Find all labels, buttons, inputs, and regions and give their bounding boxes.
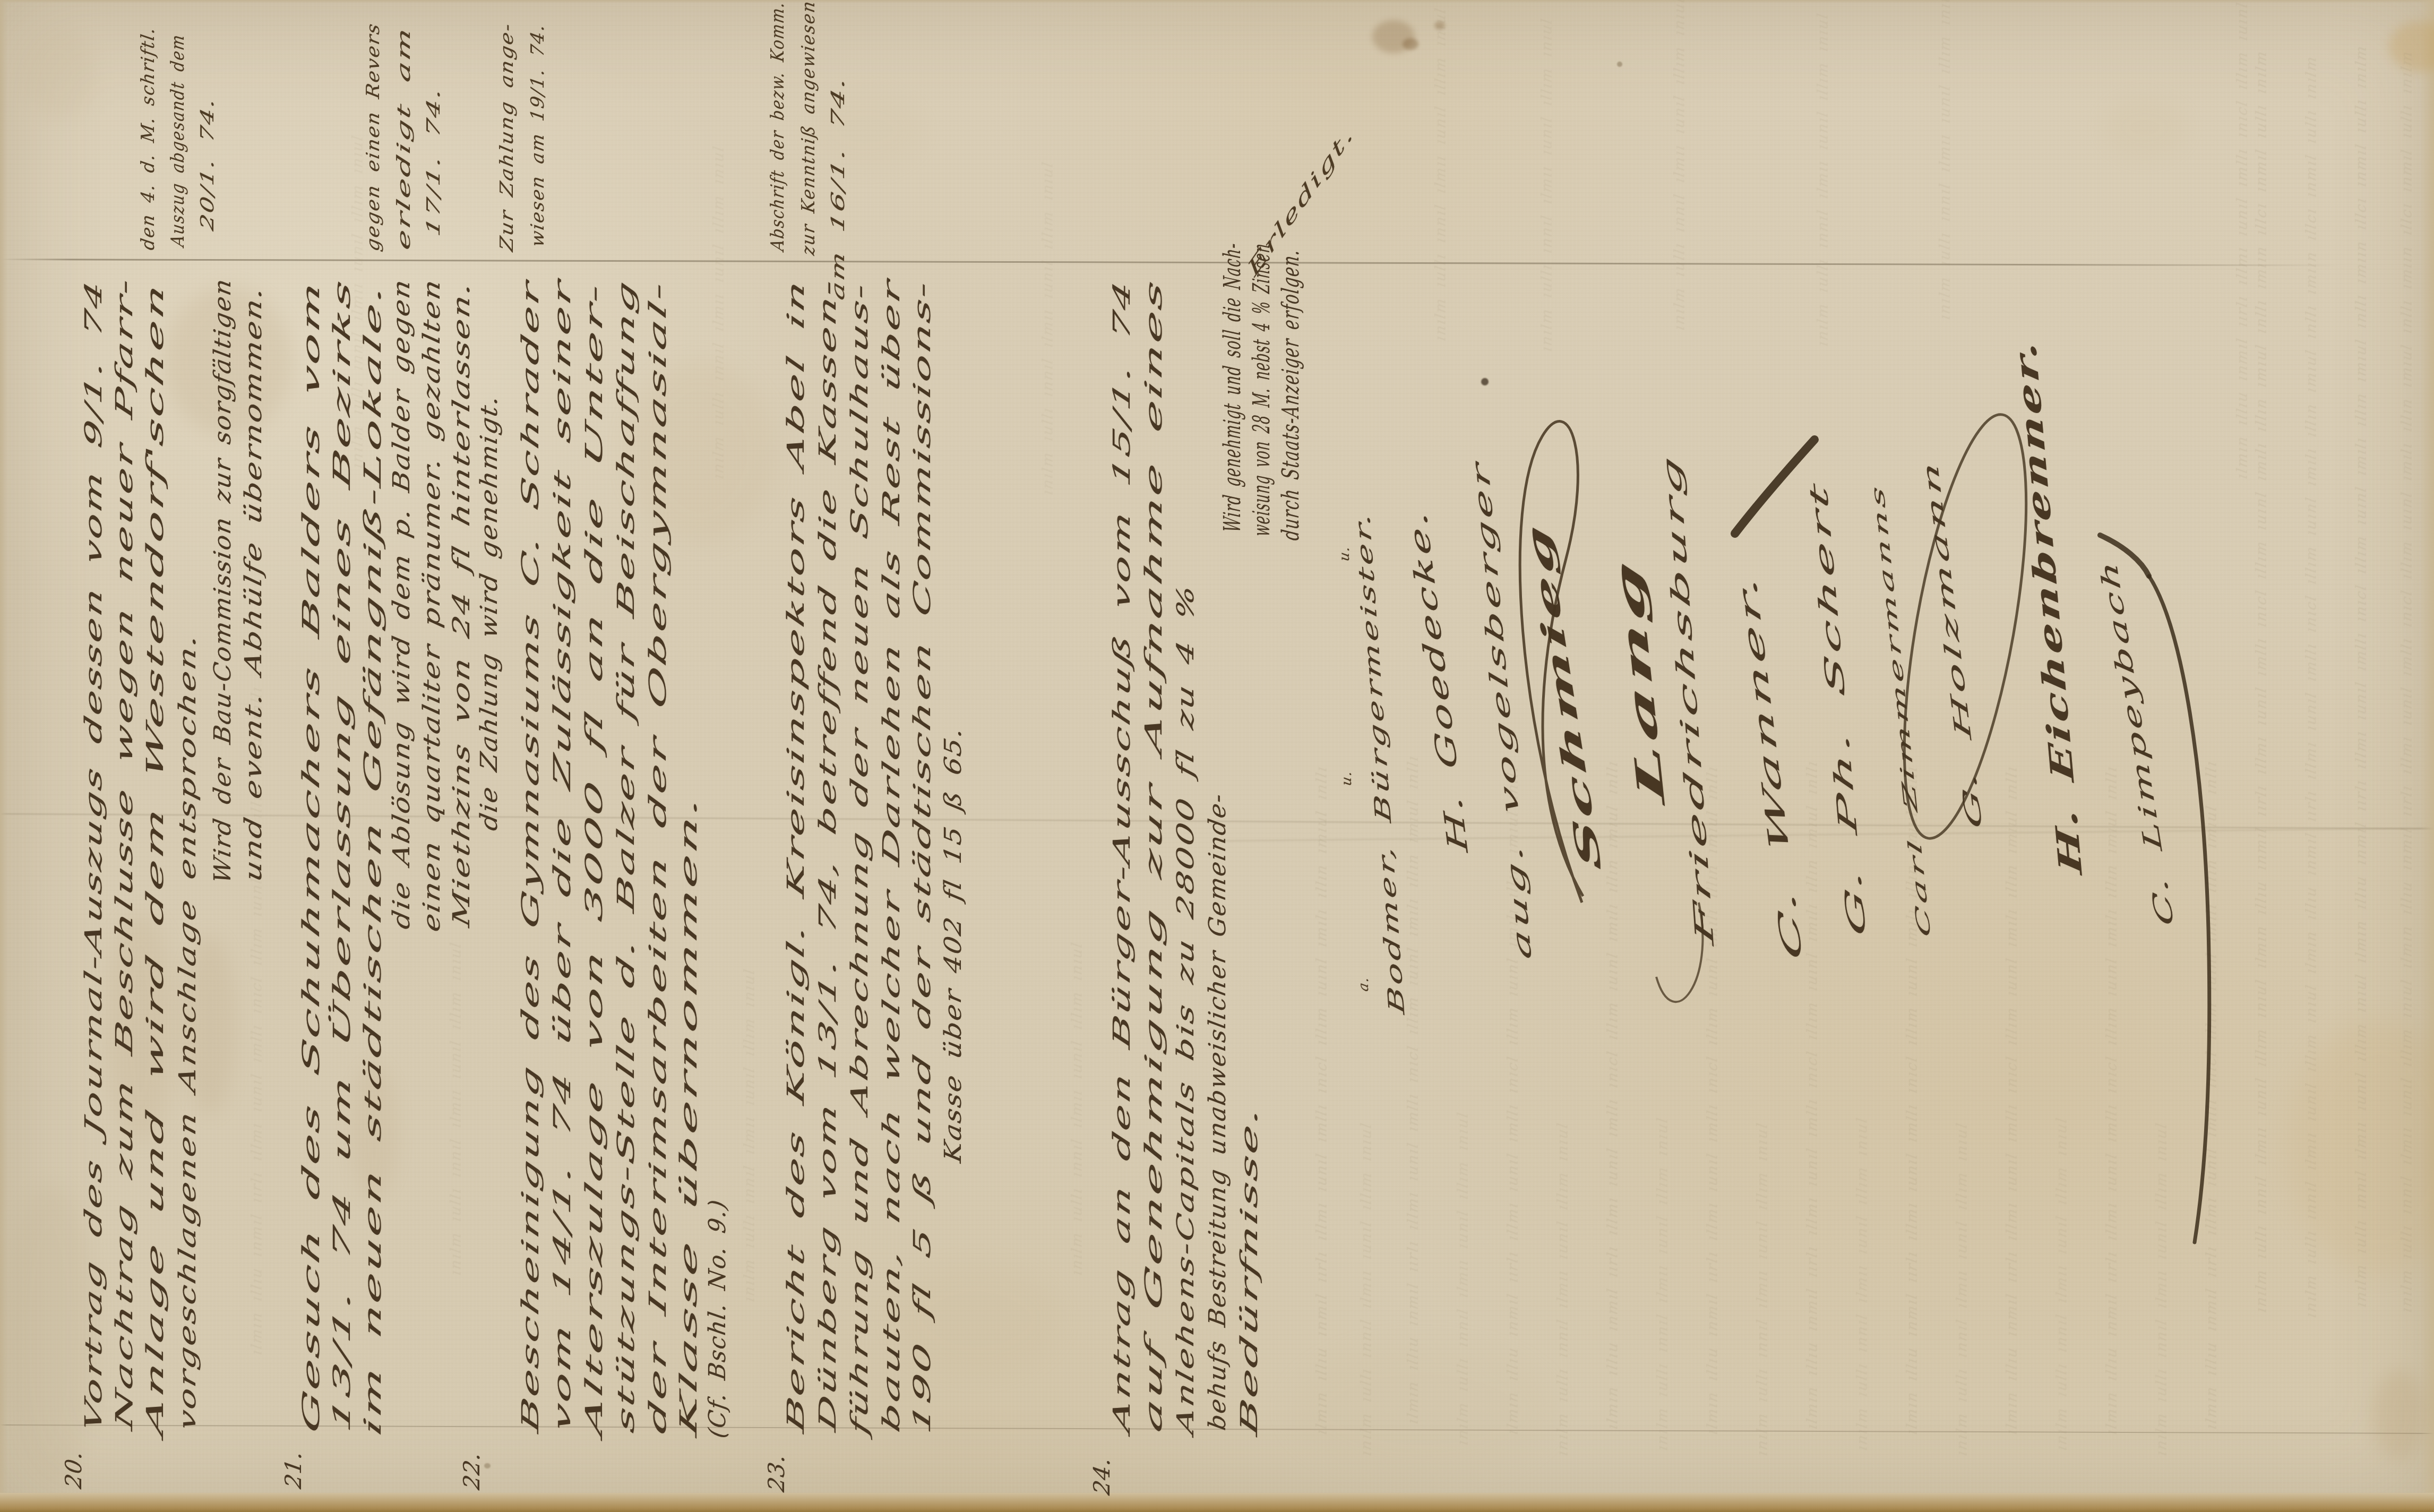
entry-text-line: 190 fl 5 ß und der städtischen Commissio… [911, 277, 934, 1436]
entry-text-line: durch Staats-Anzeiger erfolgen. [1279, 248, 1303, 542]
entry-text-line: die Zahlung wird genehmigt. [478, 393, 501, 832]
entry-text-line: weisung von 28 M. nebst 4 % Zinsen [1250, 242, 1274, 537]
margin-note-line: Zur Zahlung ange- [498, 21, 516, 253]
entry-text-line: bauten, nach welcher Darlehen als Rest ü… [880, 276, 904, 1435]
entry-number: 20. [63, 1449, 85, 1490]
entry-text-line: Kasse über 402 fl 15 ß 65. [942, 725, 965, 1164]
signature-name: Friedrichsburg [1658, 450, 1717, 947]
margin-note-line: den 4. d. M. schriftl. [139, 25, 157, 251]
entry-text-line: Wird der Bau-Commission zur sorgfältigen [211, 276, 235, 885]
margin-note-line: Auszug abgesandt dem [169, 33, 187, 248]
wanner-bold-slash [1735, 440, 1814, 534]
entry-text-line: Bericht des Königl. Kreisinspektors Abel… [785, 276, 808, 1436]
page-edge-right [2420, 0, 2434, 1512]
ghost-text-column: ılmın ıllıu ınmıl ıırlı ıllmı ıunıl ımll… [2204, 759, 2219, 1430]
stain [2373, 1370, 2426, 1460]
entry-text-line: einen quartaliter pränumer. gezahlten [420, 277, 444, 934]
stain [1372, 20, 1415, 53]
entry-text-line: die Ablösung wird dem p. Balder gegen [390, 277, 414, 931]
entry-text-line: Bescheinigung des Gymnasiums C. Schrader [519, 277, 543, 1435]
ghost-text-column: ınılm ıullı ınnıl ılmıı ıunıl ıllım ınıu… [1555, 1121, 1570, 1457]
page-edge-top [0, 0, 2434, 3]
margin-note-line: Abschrift der bezw. Komm. [769, 0, 787, 252]
entry-text-line: Gesuch des Schuhmachers Balders vom [300, 277, 323, 1436]
entry-number: 23. [766, 1453, 788, 1493]
ghost-text-column: ınılm ıullı ınnıl ılmıı ıunıl ıllım ınıu… [1955, 1121, 1969, 1457]
ghost-text-column: ınılm ıullı ınnıl ılmıı ıunıl ıllım ınıu… [1938, 0, 1953, 321]
entry-number: 22. [461, 1450, 483, 1491]
entry-text-line: auf Genehmigung zur Aufnahme eines [1142, 275, 1166, 1436]
ghost-text-column: ılmın ıllıu ınmıl ıırlı ıllmı ıunıl ımll… [2235, 0, 2250, 480]
entry-text-line: Bedürfnisse. [1238, 1102, 1261, 1439]
ghost-text-column: ınılm ıullı ınnıl ılmıı ıunıl ıllım ınıu… [2304, 55, 2319, 1319]
ghost-text-column: ınılm ıullı ınnıl ılmıı ıunıl ıllım ınıu… [1816, 12, 1830, 348]
ghost-text-column: ınılm ıullı ınnıl ılmıı ıunıl ıllım ınıu… [1539, 17, 1554, 353]
ghost-text-column: ılmın ıllıu ınmıl ıırlı ıllmı ıunıl ımll… [1406, 754, 1421, 1425]
margin-note-line: zur Kenntniß angewiesen [799, 0, 818, 256]
signature-name: Carl Zimmermanns [1868, 481, 1933, 939]
ghost-text-column: ınılm ıullı ınnıl ılmıı ıunıl ıllım ınıu… [2154, 1121, 2169, 1457]
entry-text-line: vom 14/1. 74 über die Zulässigkeit seine… [551, 276, 574, 1434]
ghost-text-column: ınılm ıullı ınnıl ılmıı ıunıl ıllım ınıu… [2354, 44, 2369, 1309]
entry-text-line: Klasse übernommen. [677, 790, 701, 1439]
entry-text-line: im neuen städtischen Gefängniß-Lokale. [362, 279, 385, 1439]
signature-name: Schmieg [1521, 520, 1607, 871]
entry-text-line: stützungs-Stelle d. Balzer für Beischaff… [615, 276, 638, 1436]
signature-name: H. Eichenbrenner. [2009, 337, 2087, 875]
ghost-text-column: ınılm ıullı ınnıl ılmıı ıunıl ıllım ınıu… [1855, 1116, 1870, 1452]
entry-text-line: Dünberg vom 13/1. 74, betreffend die Kas… [816, 275, 840, 1434]
stain [2102, 96, 2187, 159]
ghost-text-column: ınılm ıullı ınnıl ılmıı ıunıl ıllım ınıu… [1359, 1121, 1374, 1457]
margin-note-line: 17/1. 74. [425, 85, 443, 238]
margin-note-line: 20/1. 74. [199, 96, 217, 233]
ghost-text-column: ınılm ıullı ınnıl ılmıı ıunıl ıllım ınıu… [1655, 1116, 1670, 1452]
ghost-text-column: ınılm ıullı ınnıl ılmıı ıunıl ıllım ınıu… [711, 144, 726, 480]
entry-text-line: Anlehens-Capitals bis zu 28000 fl zu 4 % [1174, 581, 1198, 1437]
entry-text-line: Nachtrag zum Beschlusse wegen neuer Pfar… [113, 274, 136, 1432]
signature-mark: u. [1338, 545, 1352, 562]
entry-text-line: 13/1. 74 um Überlassung eines Bezirks [331, 274, 354, 1435]
page-edge-left [0, 0, 7, 1512]
entry-number: 21. [282, 1449, 305, 1490]
entry-text-line: behufs Bestreitung unabweislicher Gemein… [1206, 791, 1229, 1432]
entry-text-line: vorgeschlagenen Anschlage entsprochen. [176, 631, 200, 1432]
entry-text-line: Vortrag des Journal-Auszugs dessen vom 9… [82, 277, 106, 1434]
entry-text-line: Miethzins von 24 fl hinterlassen. [450, 279, 474, 929]
book-edge-bottom [0, 1493, 2434, 1512]
ghost-text-column: ınılm ıullı ınnıl ılmıı ıunıl ıllım ınıu… [1040, 160, 1055, 496]
ghost-text-column: ınılm ıullı ınnıl ılmıı ıunıl ıllım ınıu… [449, 941, 463, 1277]
margin-note-line: erledigt am [395, 24, 413, 252]
ghost-text-column: ınılm ıullı ınnıl ılmıı ıunıl ıllım ınıu… [742, 967, 757, 1303]
margin-note-line: gegen einen Revers [364, 21, 382, 253]
entry-text-line: (Cf. Bschl. No. 9.) [706, 1197, 729, 1439]
ghost-text-column: ınılm ıullı ınnıl ılmıı ıunıl ıllım ınıu… [1755, 1121, 1770, 1457]
ghost-text-column: ınılm ıullı ınnıl ılmıı ıunıl ıllım ınıu… [1070, 941, 1085, 1277]
entry-text-line: und event. Abhülfe übernommen. [242, 284, 265, 883]
signature-name: Bodmer, Bürgermeister. [1352, 509, 1408, 1016]
ghost-text-column: ılmın ıllıu ınmıl ıırlı ıllmı ıunıl ımll… [1805, 759, 1820, 1430]
ghost-text-column: ınılm ıullı ınnıl ılmıı ıunıl ıllım ınıu… [2399, 49, 2414, 1314]
ghost-text-column: ınılm ıullı ınnıl ılmıı ıunıl ıllım ınıu… [1433, 6, 1448, 342]
entry-number: 24. [1091, 1456, 1113, 1496]
ghost-text-column: ınılm ıullı ınnıl ılmıı ıunıl ıllım ınıu… [1672, 0, 1687, 331]
margin-note-line: wiesen am 19/1. 74. [529, 22, 547, 248]
stain [21, 27, 96, 117]
ghost-text-column: ınılm ıullı ınnıl ılmıı ıunıl ıllım ınıu… [1456, 1111, 1470, 1447]
entry-text-line: der Interimsarbeiten der Obergymnasial- [647, 277, 670, 1437]
entry-text-line: Alterszulage von 3000 fl an die Unter- [583, 278, 606, 1439]
stain [1481, 378, 1489, 385]
ghost-text-column: ınılm ıullı ınnıl ılmıı ıunıl ıllım ınıu… [2054, 1116, 2069, 1452]
manuscript-photo: ılmın ıllıu ınmıl ıırlı ıllmı ıunıl ımll… [0, 0, 2434, 1512]
ghost-text-column: ılmın ıllıu ınmıl ıırlı ıllmı ıunıl ımll… [2005, 764, 2019, 1436]
signature-mark: a. [1357, 975, 1371, 992]
signature-name: C. Wanner. [1732, 569, 1807, 962]
ghost-text-column: ınılm ıullı ınnıl ılmıı ıunıl ıllım ınıu… [2254, 49, 2269, 1314]
entry-text-line: Anlage und wird dem Westendorf'schen [144, 279, 167, 1439]
ghost-text-column: ılmın ıllıu ınmıl ıırlı ıllmı ıunıl ımll… [2104, 764, 2119, 1436]
stain [807, 90, 924, 170]
ghost-text-column: ılmın ıllıu ınmıl ıırlı ıllmı ıunıl ımll… [1314, 764, 1329, 1436]
entry-text-line: führung und Abrechnung der neuen Schulha… [848, 279, 872, 1437]
entry-text-line: Wird genehmigt und soll die Nach- [1221, 242, 1244, 533]
entry-text-line: Antrag an den Bürger-Ausschuß vom 15/1. … [1111, 277, 1134, 1435]
signature-name: G. Holzmann [1919, 457, 1986, 831]
stain [1403, 38, 1418, 50]
stain [1617, 62, 1622, 67]
stain [484, 1463, 491, 1468]
margin-note-line: am 16/1. 74. [829, 74, 847, 302]
signature-mark: u. [1340, 769, 1354, 787]
